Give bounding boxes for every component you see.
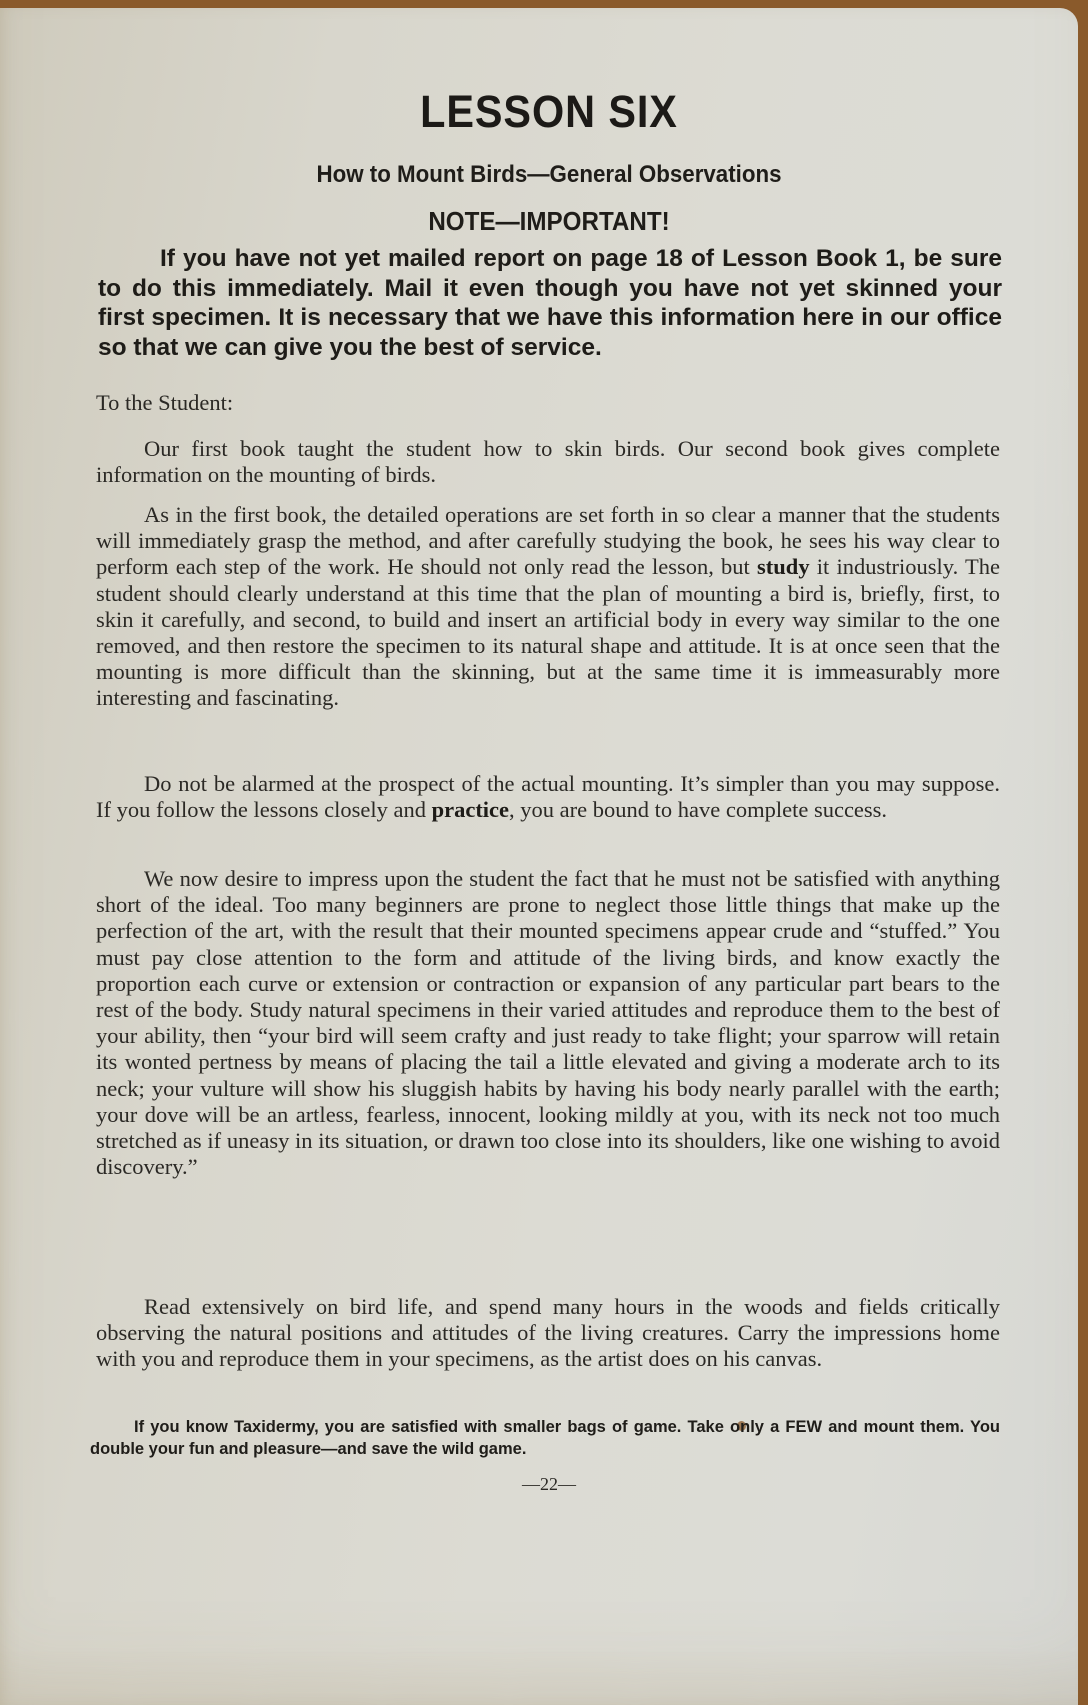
paragraph-encouragement: Do not be alarmed at the prospect of the… — [96, 771, 1000, 823]
paragraph-observation: Read extensively on bird life, and spend… — [96, 1294, 1000, 1373]
paragraph-intro: Our first book taught the student how to… — [96, 436, 1000, 488]
paragraph-ideal: We now desire to impress upon the studen… — [96, 866, 1000, 1180]
lesson-title: LESSON SIX — [132, 86, 966, 138]
paragraph-encouragement-text-b: , you are bound to have complete success… — [509, 797, 887, 822]
footer-note: If you know Taxidermy, you are satisfied… — [90, 1416, 1000, 1460]
important-note: If you have not yet mailed report on pag… — [98, 244, 1002, 362]
salutation: To the Student: — [96, 390, 1000, 416]
emphasis-practice: practice — [432, 797, 509, 822]
emphasis-study: study — [757, 554, 810, 579]
note-heading: NOTE—IMPORTANT! — [128, 206, 971, 237]
book-page: LESSON SIX How to Mount Birds—General Ob… — [0, 8, 1078, 1705]
lesson-subtitle: How to Mount Birds—General Observations — [128, 161, 971, 189]
page-number: —22— — [96, 1474, 1002, 1495]
paragraph-method: As in the first book, the detailed opera… — [96, 502, 1000, 712]
